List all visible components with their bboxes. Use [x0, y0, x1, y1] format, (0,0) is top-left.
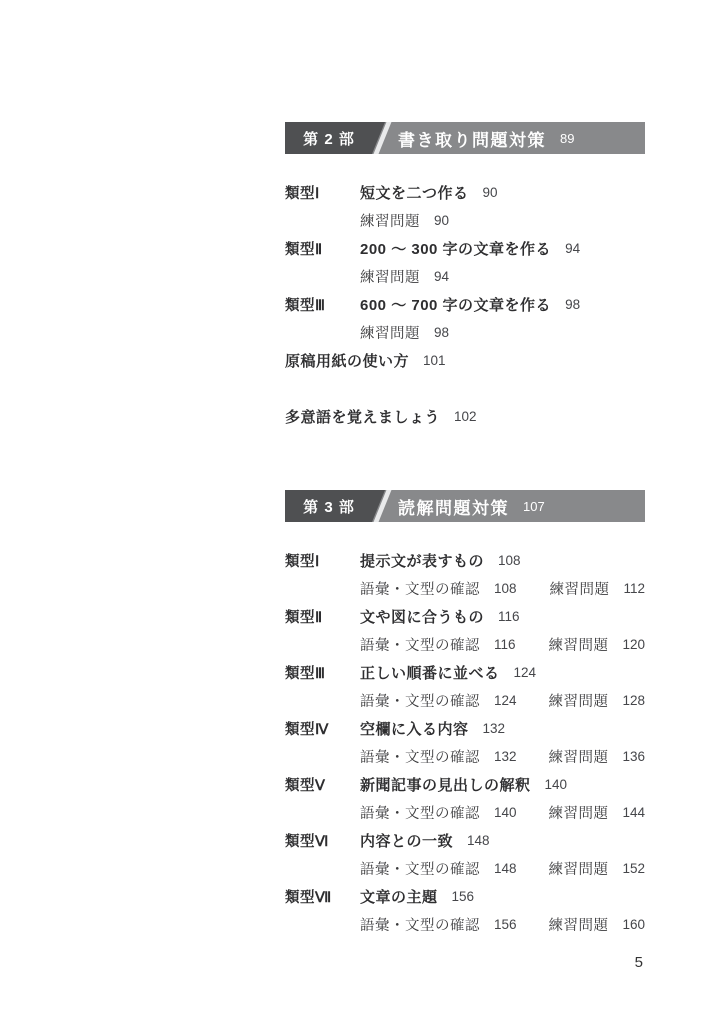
subentry-title: 練習問題	[548, 634, 608, 655]
entry-page-number: 140	[545, 777, 568, 792]
toc-subentry-row: 語彙・文型の確認 140 練習問題 144	[285, 798, 645, 826]
part3-title: 読解問題対策	[398, 494, 509, 519]
part2-badge-label: 第 2 部	[303, 128, 355, 149]
toc-entry: 類型Ⅰ 短文を二つ作る 90	[285, 178, 645, 206]
subentry-title: 練習問題	[360, 210, 420, 231]
part3-page-number: 107	[523, 499, 545, 514]
subentry-page-number: 136	[622, 749, 645, 764]
toc-subentry: 練習問題 90	[360, 210, 449, 231]
subentry-title: 語彙・文型の確認	[360, 746, 480, 767]
toc-subentry-row: 語彙・文型の確認 108 練習問題 112	[285, 574, 645, 602]
subentry-page-number: 94	[434, 269, 449, 284]
subentry-page-number: 140	[494, 805, 517, 820]
subentry-title: 語彙・文型の確認	[360, 690, 480, 711]
toc-entry: 原稿用紙の使い方 101	[285, 346, 645, 374]
entry-type-label: 類型Ⅱ	[285, 606, 360, 627]
toc-subentry: 語彙・文型の確認 148	[360, 858, 517, 879]
entry-page-number: 90	[483, 185, 498, 200]
entry-page-number: 148	[467, 833, 490, 848]
entry-title: 文や図に合うもの	[360, 606, 484, 627]
subentry-title: 語彙・文型の確認	[360, 578, 480, 599]
toc-page: 第 2 部 書き取り問題対策 89 類型Ⅰ 短文を二つ作る 90 練習問題 90…	[285, 122, 645, 938]
entry-type-label: 類型Ⅰ	[285, 550, 360, 571]
entry-page-number: 124	[514, 665, 537, 680]
subentry-title: 練習問題	[548, 746, 608, 767]
entry-type-label: 類型Ⅲ	[285, 662, 360, 683]
toc-entry: 類型Ⅱ 200 〜 300 字の文章を作る 94	[285, 234, 645, 262]
subentry-page-number: 132	[494, 749, 517, 764]
entry-title: 空欄に入る内容	[360, 718, 469, 739]
toc-entry: 類型Ⅴ 新聞記事の見出しの解釈 140	[285, 770, 645, 798]
entry-type-label: 類型Ⅶ	[285, 886, 360, 907]
entry-type-label: 類型Ⅱ	[285, 238, 360, 259]
toc-subentry: 練習問題 94	[360, 266, 449, 287]
part3-badge-label: 第 3 部	[303, 496, 355, 517]
toc-section-part3: 第 3 部 読解問題対策 107 類型Ⅰ 提示文が表すもの 108 語彙・文型の…	[285, 490, 645, 938]
toc-subentry: 語彙・文型の確認 124	[360, 690, 517, 711]
toc-subentry-row: 練習問題 90	[285, 206, 645, 234]
toc-entry: 類型Ⅵ 内容との一致 148	[285, 826, 645, 854]
subentry-title: 練習問題	[548, 858, 608, 879]
toc-spacer	[285, 374, 645, 402]
entry-title: 内容との一致	[360, 830, 453, 851]
toc-subentry: 語彙・文型の確認 108	[360, 578, 517, 599]
entry-page-number: 102	[454, 409, 477, 424]
toc-entry: 類型Ⅲ 正しい順番に並べる 124	[285, 658, 645, 686]
entry-page-number: 98	[565, 297, 580, 312]
part2-header-bar: 第 2 部 書き取り問題対策 89	[285, 122, 645, 154]
toc-subentry: 練習問題 120	[548, 634, 645, 655]
toc-subentry: 練習問題 98	[360, 322, 449, 343]
entry-title: 提示文が表すもの	[360, 550, 484, 571]
subentry-title: 練習問題	[548, 690, 608, 711]
subentry-page-number: 120	[622, 637, 645, 652]
entry-type-label: 類型Ⅰ	[285, 182, 360, 203]
toc-subentry-row: 語彙・文型の確認 124 練習問題 128	[285, 686, 645, 714]
entry-title: 文章の主題	[360, 886, 438, 907]
toc-subentry: 語彙・文型の確認 140	[360, 802, 517, 823]
subentry-title: 語彙・文型の確認	[360, 634, 480, 655]
entry-title: 600 〜 700 字の文章を作る	[360, 294, 551, 315]
toc-subentry: 練習問題 112	[549, 578, 645, 599]
subentry-page-number: 152	[622, 861, 645, 876]
part2-page-number: 89	[560, 131, 574, 146]
subentry-title: 語彙・文型の確認	[360, 858, 480, 879]
toc-entry: 類型Ⅲ 600 〜 700 字の文章を作る 98	[285, 290, 645, 318]
entry-title: 短文を二つ作る	[360, 182, 469, 203]
subentry-page-number: 98	[434, 325, 449, 340]
subentry-title: 練習問題	[549, 578, 609, 599]
entry-page-number: 156	[452, 889, 475, 904]
toc-entry: 類型Ⅶ 文章の主題 156	[285, 882, 645, 910]
subentry-page-number: 144	[622, 805, 645, 820]
toc-subentry-row: 練習問題 94	[285, 262, 645, 290]
toc-subentry-row: 練習問題 98	[285, 318, 645, 346]
subentry-page-number: 124	[494, 693, 517, 708]
part3-badge: 第 3 部	[285, 490, 385, 522]
entry-type-label: 類型Ⅲ	[285, 294, 360, 315]
toc-entry: 類型Ⅰ 提示文が表すもの 108	[285, 546, 645, 574]
toc-entry: 類型Ⅳ 空欄に入る内容 132	[285, 714, 645, 742]
entry-page-number: 101	[423, 353, 446, 368]
subentry-page-number: 108	[494, 581, 517, 596]
subentry-title: 練習問題	[548, 802, 608, 823]
entry-title: 200 〜 300 字の文章を作る	[360, 238, 551, 259]
subentry-title: 練習問題	[360, 322, 420, 343]
entry-title: 多意語を覚えましょう	[285, 406, 440, 427]
toc-subentry: 練習問題 136	[548, 746, 645, 767]
part2-title: 書き取り問題対策	[398, 126, 546, 151]
toc-subentry-row: 語彙・文型の確認 156 練習問題 160	[285, 910, 645, 938]
part2-badge: 第 2 部	[285, 122, 385, 154]
subentry-title: 語彙・文型の確認	[360, 802, 480, 823]
entry-title: 新聞記事の見出しの解釈	[360, 774, 531, 795]
subentry-page-number: 128	[622, 693, 645, 708]
subentry-title: 練習問題	[360, 266, 420, 287]
toc-entry: 多意語を覚えましょう 102	[285, 402, 645, 430]
part3-header-bar: 第 3 部 読解問題対策 107	[285, 490, 645, 522]
toc-subentry: 練習問題 160	[548, 914, 645, 935]
toc-subentry: 語彙・文型の確認 116	[360, 634, 516, 655]
entry-page-number: 94	[565, 241, 580, 256]
subentry-page-number: 112	[623, 581, 645, 596]
toc-subentry-row: 語彙・文型の確認 132 練習問題 136	[285, 742, 645, 770]
toc-subentry: 練習問題 128	[548, 690, 645, 711]
entry-title: 正しい順番に並べる	[360, 662, 500, 683]
subentry-page-number: 148	[494, 861, 517, 876]
toc-subentry-row: 語彙・文型の確認 116 練習問題 120	[285, 630, 645, 658]
toc-subentry: 練習問題 144	[548, 802, 645, 823]
toc-subentry: 語彙・文型の確認 132	[360, 746, 517, 767]
entry-page-number: 116	[498, 609, 520, 624]
subentry-title: 語彙・文型の確認	[360, 914, 480, 935]
part2-entries: 類型Ⅰ 短文を二つ作る 90 練習問題 90 類型Ⅱ 200 〜 300 字の文…	[285, 178, 645, 430]
page-folio-number: 5	[635, 954, 643, 971]
subentry-page-number: 90	[434, 213, 449, 228]
toc-subentry: 練習問題 152	[548, 858, 645, 879]
toc-entry: 類型Ⅱ 文や図に合うもの 116	[285, 602, 645, 630]
subentry-title: 練習問題	[548, 914, 608, 935]
subentry-page-number: 116	[494, 637, 516, 652]
subentry-page-number: 156	[494, 917, 517, 932]
toc-subentry: 語彙・文型の確認 156	[360, 914, 517, 935]
entry-type-label: 類型Ⅳ	[285, 718, 360, 739]
entry-page-number: 132	[483, 721, 506, 736]
subentry-page-number: 160	[622, 917, 645, 932]
toc-section-part2: 第 2 部 書き取り問題対策 89 類型Ⅰ 短文を二つ作る 90 練習問題 90…	[285, 122, 645, 430]
entry-title: 原稿用紙の使い方	[285, 350, 409, 371]
part3-entries: 類型Ⅰ 提示文が表すもの 108 語彙・文型の確認 108 練習問題 112 類…	[285, 546, 645, 938]
entry-type-label: 類型Ⅵ	[285, 830, 360, 851]
toc-subentry-row: 語彙・文型の確認 148 練習問題 152	[285, 854, 645, 882]
entry-type-label: 類型Ⅴ	[285, 774, 360, 795]
entry-page-number: 108	[498, 553, 521, 568]
